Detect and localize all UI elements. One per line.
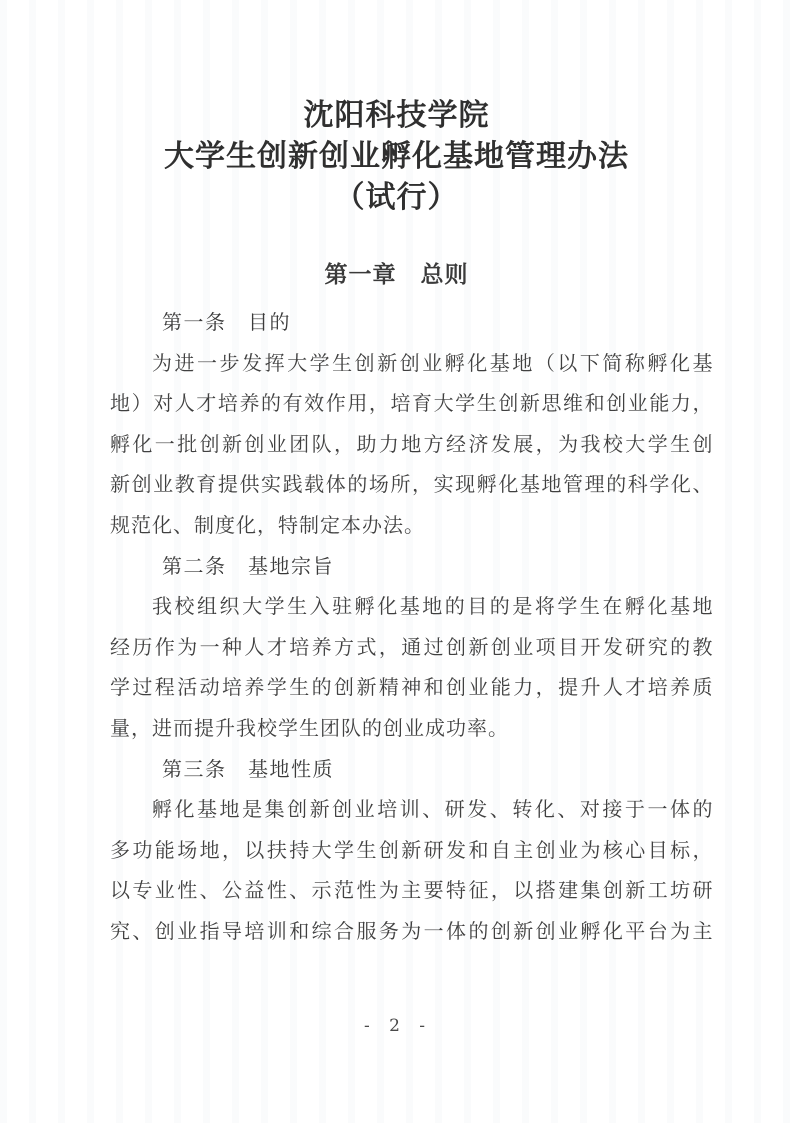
paragraph-line: 孵化一批创新创业团队，助力地方经济发展，为我校大学生创 [110, 425, 713, 466]
document-title: 沈阳科技学院 大学生创新创业孵化基地管理办法 （试行） [0, 95, 793, 218]
title-line-2: 大学生创新创业孵化基地管理办法 [0, 136, 793, 177]
paragraph-line: 孵化基地是集创新创业培训、研发、转化、对接于一体的 [110, 790, 713, 831]
paragraph-line: 以专业性、公益性、示范性为主要特征，以搭建集创新工坊研 [110, 871, 713, 912]
article-2-heading: 第二条 基地宗旨 [110, 547, 713, 588]
paragraph-line: 我校组织大学生入驻孵化基地的目的是将学生在孵化基地 [110, 587, 713, 628]
chapter-heading: 第一章 总则 [0, 259, 793, 289]
scanned-document-page: 沈阳科技学院 大学生创新创业孵化基地管理办法 （试行） 第一章 总则 第一条 目… [0, 0, 793, 1123]
article-3-heading: 第三条 基地性质 [110, 750, 713, 791]
paragraph-line: 量，进而提升我校学生团队的创业成功率。 [110, 709, 713, 750]
paragraph-line: 多功能场地，以扶持大学生创新研发和自主创业为核心目标， [110, 831, 713, 872]
title-line-1: 沈阳科技学院 [0, 95, 793, 136]
paragraph-line: 学过程活动培养学生的创新精神和创业能力，提升人才培养质 [110, 668, 713, 709]
paragraph-line: 究、创业指导培训和综合服务为一体的创新创业孵化平台为主 [110, 912, 713, 953]
paragraph-line: 规范化、制度化，特制定本办法。 [110, 506, 713, 547]
page-number: - 2 - [0, 1014, 793, 1038]
article-1-heading: 第一条 目的 [110, 303, 713, 344]
paragraph-line: 为进一步发挥大学生创新创业孵化基地（以下简称孵化基 [110, 344, 713, 385]
paragraph-line: 地）对人才培养的有效作用，培育大学生创新思维和创业能力， [110, 384, 713, 425]
paragraph-line: 新创业教育提供实践载体的场所，实现孵化基地管理的科学化、 [110, 465, 713, 506]
paragraph-line: 经历作为一种人才培养方式，通过创新创业项目开发研究的教 [110, 628, 713, 669]
title-line-3: （试行） [0, 177, 793, 218]
document-body: 第一条 目的 为进一步发挥大学生创新创业孵化基地（以下简称孵化基 地）对人才培养… [110, 303, 713, 953]
